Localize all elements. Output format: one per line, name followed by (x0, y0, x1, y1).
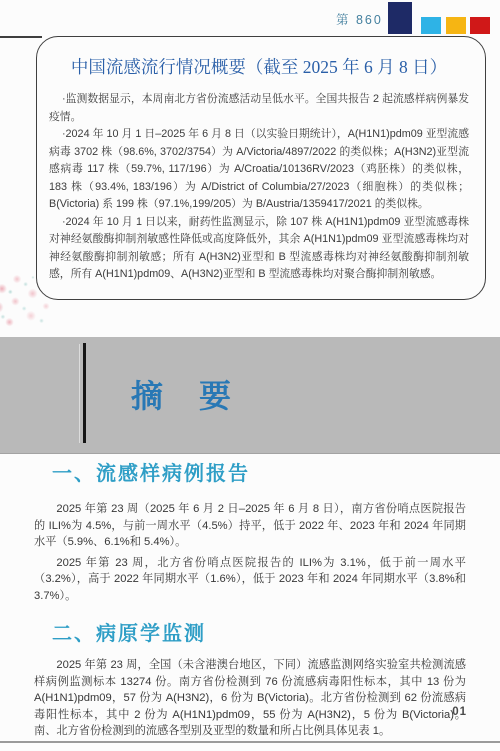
summary-paragraph: ·2024 年 10 月 1 日–2025 年 6 月 8 日（以实验日期统计）… (49, 126, 469, 214)
masthead-color-blocks (388, 2, 488, 34)
abstract-band: 摘 要 (0, 337, 500, 454)
abstract-band-divider (83, 343, 86, 443)
body-paragraph: 2025 年第 23 周（2025 年 6 月 2 日–2025 年 6 月 8… (34, 501, 466, 551)
summary-box-title: 中国流感流行情况概要（截至 2025 年 6 月 8 日） (49, 55, 469, 79)
section-heading-etiology-surveillance: 二、病原学监测 (52, 621, 500, 647)
navy-block-icon (388, 2, 412, 34)
section-heading-ili-report: 一、流感样病例报告 (52, 461, 500, 487)
yellow-block-icon (446, 17, 466, 34)
body-paragraph: 2025 年第 23 周，全国（未含港澳台地区，下同）流感监测网络实验室共检测流… (34, 657, 466, 740)
abstract-band-divider-light (79, 344, 80, 443)
cyan-block-icon (421, 17, 441, 34)
summary-paragraph: ·监测数据显示，本周南北方省份流感活动呈低水平。全国共报告 2 起流感样病例暴发… (49, 91, 469, 126)
abstract-title: 摘 要 (131, 371, 233, 417)
summary-paragraph: ·2024 年 10 月 1 日以来，耐药性监测显示，除 107 株 A(H1N… (49, 214, 469, 284)
report-body: 一、流感样病例报告 2025 年第 23 周（2025 年 6 月 2 日–20… (0, 461, 500, 744)
red-block-icon (470, 17, 490, 34)
summary-box: 中国流感流行情况概要（截至 2025 年 6 月 8 日） ·监测数据显示，本周… (36, 36, 486, 300)
body-paragraph: 2025 年第 23 周，北方省份哨点医院报告的 ILI%为 3.1%，低于前一… (34, 555, 466, 605)
top-rule (0, 36, 42, 38)
